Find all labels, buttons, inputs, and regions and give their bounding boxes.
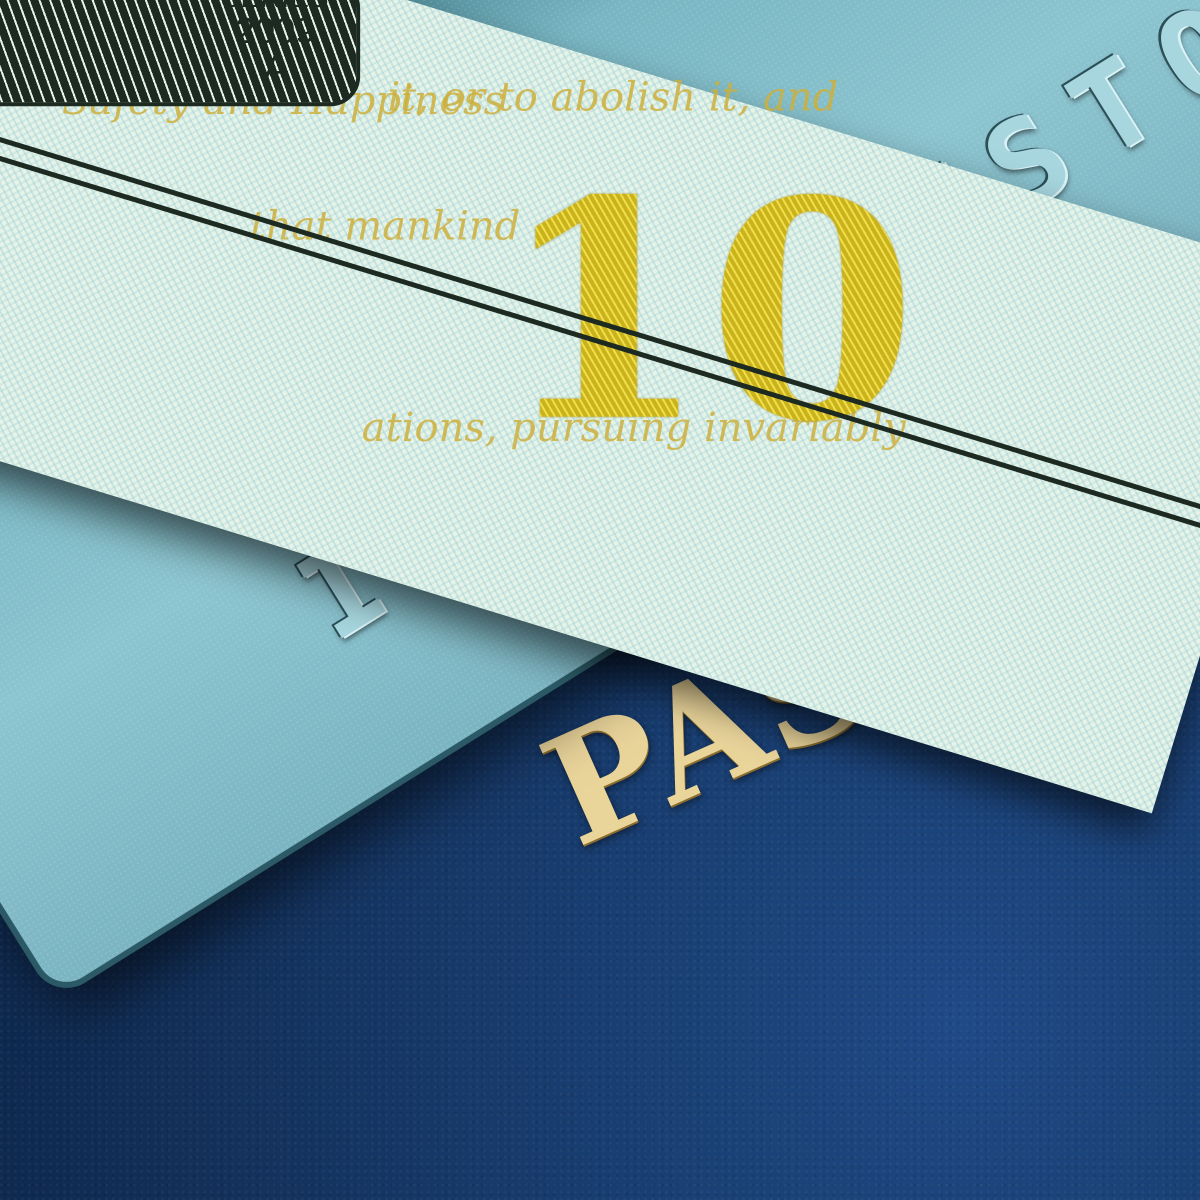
bill-series: SERIES 2009 A [221,0,330,88]
series-letter: A [221,50,330,88]
photo-scene: PASSPO 17 INESS CUSTOM it, or to abolish… [0,0,1200,1200]
series-year: 2009 [221,12,330,50]
